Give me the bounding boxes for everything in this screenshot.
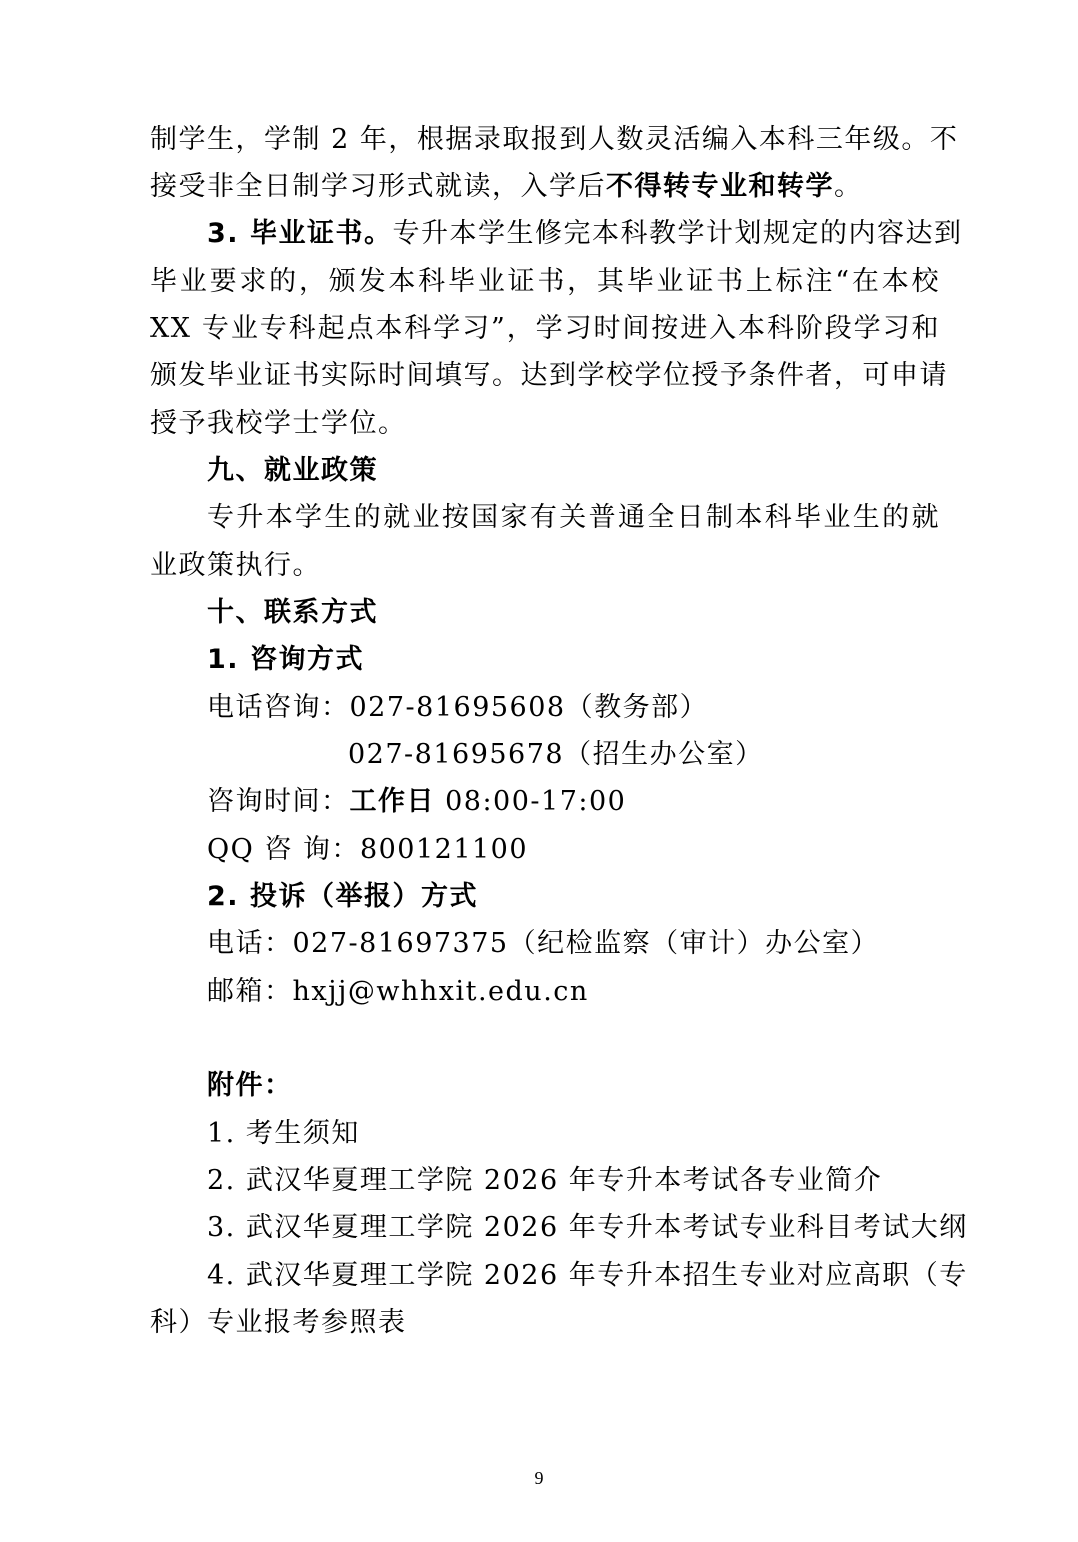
paragraph-line: XX 专业专科起点本科学习”，学习时间按进入本科阶段学习和: [150, 309, 940, 349]
consult-heading: 1. 咨询方式: [207, 640, 364, 680]
text: 接受非全日制学习形式就读，入学后: [150, 171, 606, 202]
qq-value: 800121100: [360, 834, 528, 865]
consult-time-line: 咨询时间：工作日 08:00-17:00: [207, 782, 626, 822]
attachment-item-continuation: 科）专业报考参照表: [150, 1303, 407, 1343]
qq-line: QQ 咨 询：800121100: [207, 830, 528, 870]
complaint-heading: 2. 投诉（举报）方式: [207, 877, 478, 917]
emphasis-text: 不得转专业和转学: [606, 171, 834, 202]
page-number: 9: [0, 1468, 1078, 1489]
item3-line1: 3. 毕业证书。专升本学生修完本科教学计划规定的内容达到: [207, 214, 962, 254]
attachment-item: 1. 考生须知: [207, 1114, 360, 1154]
item3-heading: 3. 毕业证书。: [207, 218, 392, 249]
section9-heading: 九、就业政策: [207, 451, 378, 491]
attachment-item: 3. 武汉华夏理工学院 2026 年专升本考试专业科目考试大纲: [207, 1208, 968, 1248]
phone-number: 027-81695678（招生办公室）: [348, 735, 764, 775]
workday-text: 工作日: [350, 786, 436, 817]
attachment-item: 2. 武汉华夏理工学院 2026 年专升本考试各专业简介: [207, 1161, 882, 1201]
phone-label: 电话咨询：: [207, 692, 350, 723]
attachments-heading: 附件：: [207, 1066, 293, 1106]
phone-number: 027-81695608（教务部）: [350, 692, 709, 723]
time-value: 08:00-17:00: [435, 786, 626, 817]
complaint-phone: 电话：027-81697375（纪检监察（审计）办公室）: [207, 924, 879, 964]
paragraph-line: 制学生，学制 2 年，根据录取报到人数灵活编入本科三年级。不: [150, 120, 940, 160]
time-label: 咨询时间：: [207, 786, 350, 817]
section10-heading: 十、联系方式: [207, 593, 378, 633]
paragraph-line: 颁发毕业证书实际时间填写。达到学校学位授予条件者，可申请: [150, 356, 940, 396]
text: 专升本学生修完本科教学计划规定的内容达到: [392, 218, 962, 249]
paragraph-line: 毕业要求的，颁发本科毕业证书，其毕业证书上标注“在本校: [150, 262, 940, 302]
attachment-item: 4. 武汉华夏理工学院 2026 年专升本招生专业对应高职（专: [207, 1256, 968, 1296]
qq-label: QQ 咨 询：: [207, 834, 360, 865]
complaint-email: 邮箱：hxjj@whhxit.edu.cn: [207, 972, 589, 1012]
paragraph-line: 专升本学生的就业按国家有关普通全日制本科毕业生的就: [207, 498, 940, 538]
paragraph-line: 授予我校学士学位。: [150, 404, 407, 444]
consult-phone-line: 电话咨询：027-81695608（教务部）: [207, 688, 708, 728]
text: 。: [834, 171, 863, 202]
paragraph-line: 接受非全日制学习形式就读，入学后不得转专业和转学。: [150, 167, 863, 207]
paragraph-line: 业政策执行。: [150, 546, 321, 586]
